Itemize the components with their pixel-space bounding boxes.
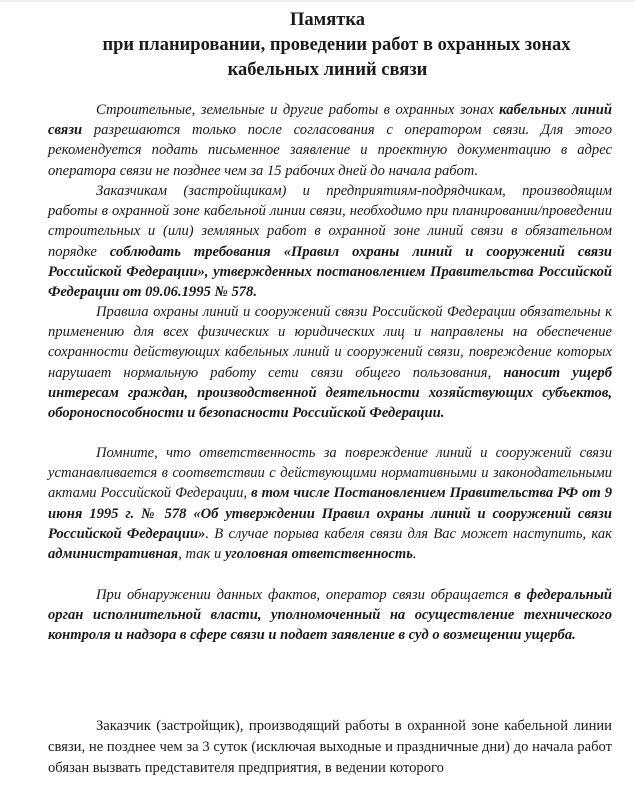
paragraph-liability: Помните, что ответственность за поврежде… [48,443,612,564]
emphasized-text: уголовная ответственность [225,546,413,562]
document-subtitle-line-1: при планировании, проведении работ в охр… [0,33,635,57]
paragraph-requirements: Заказчикам (застройщикам) и предприятиям… [48,181,612,302]
body-text: , так и [178,546,225,562]
body-text: . [413,546,417,562]
body-text: разрешаются только после согласования с … [48,122,612,178]
paragraph-rules: Правила охраны линий и сооружений связи … [48,302,612,423]
document-title: Памятка [10,8,635,32]
body-text: Строительные, земельные и другие работы … [96,102,499,118]
document-subtitle-line-2: кабельных линий связи [10,58,635,82]
page-top-border [0,0,635,2]
body-text: При обнаружении данных фактов, оператор … [96,587,514,603]
paragraph-customer-duty: Заказчик (застройщик), производящий рабо… [48,716,612,779]
paragraph-approval: Строительные, земельные и другие работы … [48,100,612,181]
emphasized-text: соблюдать требования «Правил охраны лини… [48,244,612,300]
paragraph-operator-action: При обнаружении данных фактов, оператор … [48,585,612,646]
emphasized-text: административная [48,546,178,562]
body-text: . В случае порыва кабеля связи для Вас м… [205,526,612,542]
body-text: Заказчик (застройщик), производящий рабо… [48,718,612,776]
